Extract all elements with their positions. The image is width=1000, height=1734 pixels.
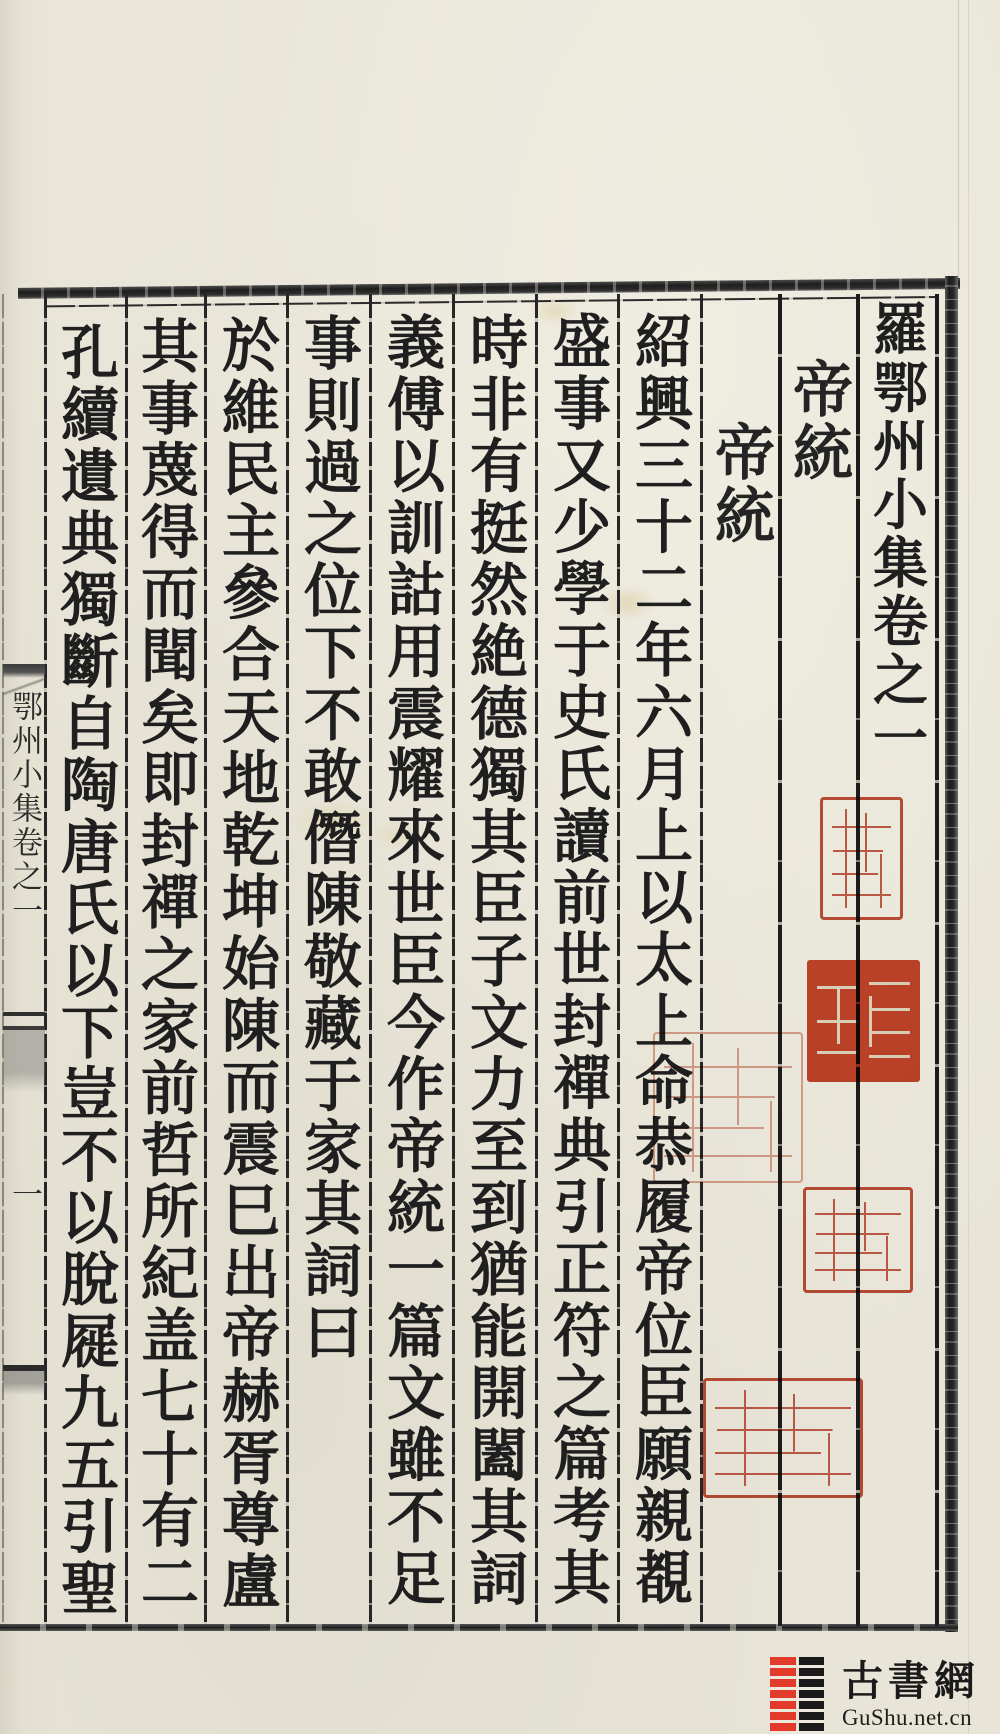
- column-rule: [44, 294, 47, 1626]
- column-rule: [369, 294, 372, 1626]
- collector-seal-2: [807, 960, 920, 1082]
- column-rule: [535, 294, 538, 1626]
- page-crease: [958, 0, 959, 278]
- column-rule: [2, 294, 4, 1626]
- frame-top-inner-line: [45, 296, 938, 307]
- book-logo-icon: [770, 1657, 824, 1734]
- collector-seal-3: [653, 1032, 803, 1183]
- section-heading-upper: 帝統: [786, 358, 850, 484]
- seal-glyph-icon: [815, 1199, 901, 1281]
- seal-glyph-icon: [664, 1043, 792, 1172]
- watermark-site-url: GuShu.net.cn: [842, 1704, 972, 1732]
- fishtail-mark-middle: [3, 1012, 45, 1092]
- text-column-1: 紹興三十二年六月上以太上命恭履帝位臣願親覩: [627, 311, 691, 1609]
- frame-right-border: [945, 276, 958, 1632]
- margin-strip-page-number: 一: [5, 1178, 43, 1212]
- text-column-2: 盛事又少學于史氏讀前世封禪典引正符之篇考其: [545, 311, 609, 1609]
- text-column-8: 孔續遺典獨斷自陶唐氏以下豈不以脫屣九五引聖: [53, 322, 117, 1620]
- book-page-scan: 羅鄂州小集卷之一 帝統 帝統 紹興三十二年六月上以太上命恭履帝位臣願親覩 盛事又…: [0, 0, 1000, 1734]
- column-rule: [452, 294, 455, 1626]
- column-rule: [286, 294, 289, 1626]
- column-rule: [125, 294, 128, 1626]
- text-column-4: 義傅以訓詁用震耀來世臣今作帝統一篇文雖不足: [379, 312, 443, 1610]
- text-column-3: 時非有挺然絶德獨其臣子文力至到猶能開闔其詞: [462, 312, 526, 1610]
- collector-seal-1: [820, 797, 903, 920]
- page-crease: [968, 0, 969, 1734]
- frame-top-border: [18, 278, 960, 299]
- margin-strip-title: 鄂州小集卷之一: [5, 690, 43, 928]
- volume-title: 羅鄂州小集卷之一: [865, 300, 927, 768]
- text-column-7: 其事蔑得而聞矣即封禪之家前哲所紀盖七十有二: [133, 316, 197, 1614]
- fishtail-mark-lower: [3, 1365, 45, 1395]
- seal-glyph-icon: [817, 970, 910, 1072]
- seal-glyph-icon: [832, 809, 891, 908]
- text-column-5: 事則過之位下不敢僭陳敬藏于家其詞曰: [296, 313, 360, 1364]
- frame-bottom-border: [0, 1624, 958, 1631]
- column-rule: [935, 294, 939, 1626]
- text-column-6: 於維民主參合天地乾坤始陳而震巳出帝赫胥尊盧: [214, 315, 278, 1613]
- watermark-site-name: 古書網: [842, 1658, 980, 1704]
- collector-seal-4: [803, 1187, 913, 1293]
- column-rule: [204, 294, 207, 1626]
- collector-seal-5: [703, 1378, 863, 1498]
- seal-glyph-icon: [715, 1390, 851, 1486]
- section-heading-lower: 帝統: [708, 421, 772, 547]
- column-rule: [617, 294, 620, 1626]
